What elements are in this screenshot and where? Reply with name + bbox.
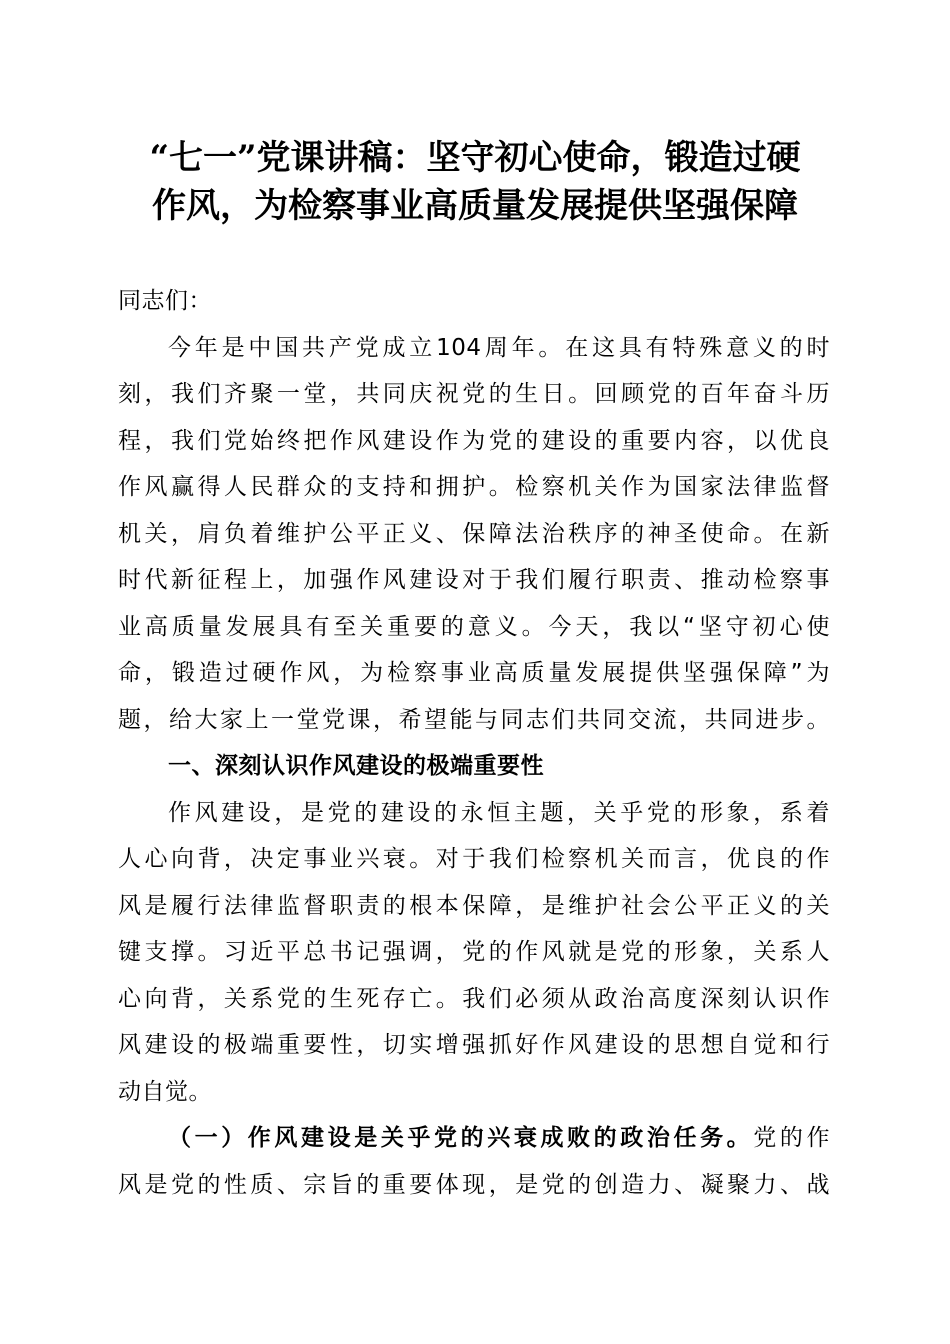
- paragraph-line: 心向背，关系党的生死存亡。我们必须从政治高度深刻认识作: [118, 976, 830, 1023]
- paragraph-line: 键支撑。习近平总书记强调，党的作风就是党的形象，关系人: [118, 929, 830, 976]
- title-line-2: 作风，为检察事业高质量发展提供坚强保障: [118, 182, 832, 230]
- paragraph-line: 风是党的性质、宗旨的重要体现，是党的创造力、凝聚力、战: [118, 1162, 830, 1209]
- paragraph-line: 人心向背，决定事业兴衰。对于我们检察机关而言，优良的作: [118, 836, 830, 883]
- section-heading: 一、深刻认识作风建设的极端重要性: [118, 743, 830, 790]
- subsection-first-line-rest: 党的作: [753, 1125, 830, 1151]
- document-body: 同志们： 今年是中国共产党成立104周年。在这具有特殊意义的时 刻，我们齐聚一堂…: [118, 278, 830, 1208]
- paragraph-line: 风建设的极端重要性，切实增强抓好作风建设的思想自觉和行: [118, 1022, 830, 1069]
- paragraph-line: 业高质量发展具有至关重要的意义。今天，我以“坚守初心使: [118, 604, 830, 651]
- paragraph-line: 时代新征程上，加强作风建设对于我们履行职责、推动检察事: [118, 557, 830, 604]
- paragraph-line: 程，我们党始终把作风建设作为党的建设的重要内容，以优良: [118, 418, 830, 465]
- salutation: 同志们：: [118, 278, 830, 325]
- paragraph-line: 命，锻造过硬作风，为检察事业高质量发展提供坚强保障”为: [118, 650, 830, 697]
- paragraph-line: 机关，肩负着维护公平正义、保障法治秩序的神圣使命。在新: [118, 511, 830, 558]
- subsection-heading: （一）作风建设是关乎党的兴衰成败的政治任务。: [168, 1125, 753, 1151]
- document-page: “七一”党课讲稿：坚守初心使命，锻造过硬 作风，为检察事业高质量发展提供坚强保障…: [0, 0, 950, 1344]
- paragraph-line: 作风建设，是党的建设的永恒主题，关乎党的形象，系着: [118, 790, 830, 837]
- section-1-paragraph: 作风建设，是党的建设的永恒主题，关乎党的形象，系着 人心向背，决定事业兴衰。对于…: [118, 790, 830, 1116]
- paragraph-line: 作风赢得人民群众的支持和拥护。检察机关作为国家法律监督: [118, 464, 830, 511]
- paragraph-line: 风是履行法律监督职责的根本保障，是维护社会公平正义的关: [118, 883, 830, 930]
- title-line-1: “七一”党课讲稿：坚守初心使命，锻造过硬: [118, 134, 832, 182]
- subsection-first-line: （一）作风建设是关乎党的兴衰成败的政治任务。党的作: [118, 1115, 830, 1162]
- paragraph-line: 题，给大家上一堂党课，希望能与同志们共同交流，共同进步。: [118, 697, 830, 744]
- paragraph-line: 今年是中国共产党成立104周年。在这具有特殊意义的时: [118, 325, 830, 372]
- paragraph-line: 刻，我们齐聚一堂，共同庆祝党的生日。回顾党的百年奋斗历: [118, 371, 830, 418]
- subsection-1-paragraph: （一）作风建设是关乎党的兴衰成败的政治任务。党的作 风是党的性质、宗旨的重要体现…: [118, 1115, 830, 1208]
- paragraph-line: 动自觉。: [118, 1069, 830, 1116]
- document-title: “七一”党课讲稿：坚守初心使命，锻造过硬 作风，为检察事业高质量发展提供坚强保障: [118, 134, 832, 230]
- intro-paragraph: 今年是中国共产党成立104周年。在这具有特殊意义的时 刻，我们齐聚一堂，共同庆祝…: [118, 325, 830, 744]
